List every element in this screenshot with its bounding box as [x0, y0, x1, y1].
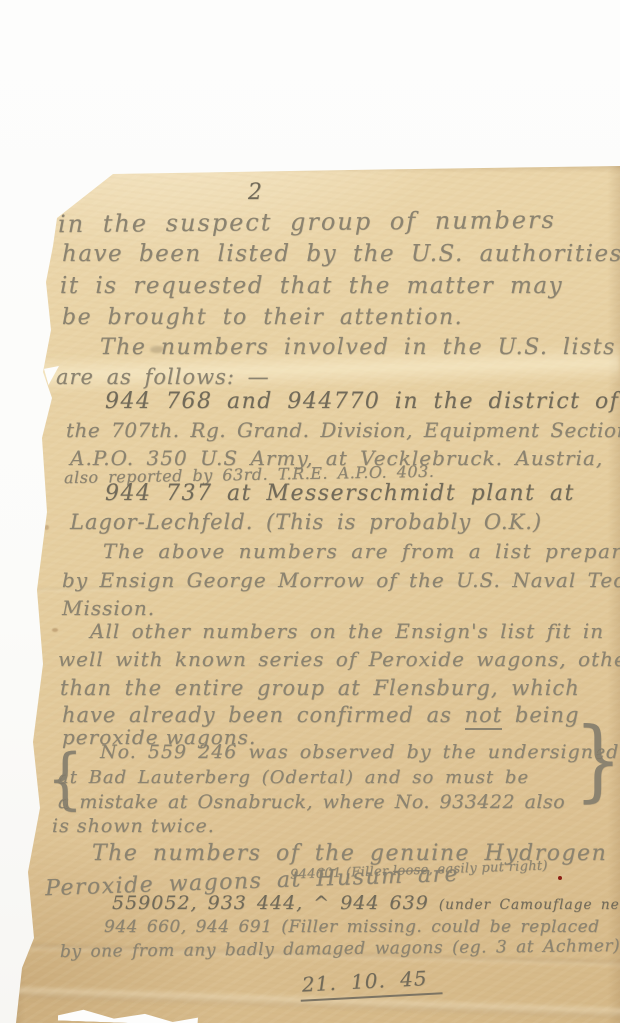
handwritten-text: have already been confirmed as: [62, 703, 465, 727]
corner-fold-crease: [53, 125, 113, 173]
handwritten-line: it is requested that the matter may: [60, 274, 563, 298]
handwritten-text: , easily put right): [428, 859, 548, 878]
handwritten-line: by one from any badly damaged wagons (eg…: [60, 938, 620, 962]
handwritten-line: by Ensign George Morrow of the U.S. Nava…: [62, 570, 620, 591]
handwritten-line: at Bad Lauterberg (Odertal) and so must …: [58, 769, 529, 788]
underlined-word-not: not: [465, 703, 503, 730]
handwritten-line: All other numbers on the Ensign's list f…: [90, 621, 604, 642]
handwritten-line: the 707th. Rg. Grand. Division, Equipmen…: [66, 420, 620, 441]
red-stain-dot: [558, 876, 562, 880]
handwritten-line: 944 737 at Messerschmidt plant at: [105, 482, 575, 505]
handwritten-line: have been listed by the U.S. authorities…: [62, 242, 620, 266]
handwritten-line: are as follows: —: [56, 366, 270, 388]
handwritten-line: well with known series of Peroxide wagon…: [58, 649, 620, 670]
date: 21. 10. 45: [299, 967, 442, 1001]
handwritten-line: 944 660, 944 691 (Filler missing. could …: [104, 919, 600, 937]
handwritten-line: No. 559 246 was observed by the undersig…: [100, 743, 619, 763]
left-edge-shadow: [0, 150, 30, 1023]
struck-word: loose: [393, 863, 429, 879]
handwritten-line: The numbers involved in the U.S. lists: [100, 336, 616, 359]
handwritten-line: Mission.: [62, 598, 155, 619]
page-number: 2: [248, 181, 263, 204]
stain-speck: [44, 525, 49, 530]
handwritten-line: The above numbers are from a list prepar…: [103, 541, 620, 562]
handwritten-text: 559052, 933 444, ^ 944 639: [112, 892, 439, 914]
camouflage-annotation: (under Camouflage net): [439, 897, 620, 913]
handwritten-line-husum-numbers: 559052, 933 444, ^ 944 639 (under Camouf…: [112, 894, 620, 914]
handwritten-line: Lagor-Lechfeld. (This is probably O.K.): [70, 511, 542, 533]
handwritten-line: 944 768 and 944770 in the district of: [105, 390, 619, 413]
handwritten-line: a mistake at Osnabruck, where No. 933422…: [58, 793, 565, 813]
handwritten-line: is shown twice.: [52, 817, 215, 837]
handwritten-line: than the entire group at Flensburg, whic…: [60, 677, 580, 699]
handwritten-text: being: [502, 703, 579, 727]
handwritten-line: in the suspect group of numbers: [58, 208, 556, 238]
stain-speck: [52, 628, 58, 632]
stain-speck: [150, 346, 164, 353]
handwritten-line-confirmed: have already been confirmed as not being: [62, 704, 579, 726]
paper-sheet: 2 in the suspect group of numbers have b…: [0, 0, 620, 1023]
top-edge-shadow: [40, 164, 620, 174]
handwritten-line: be brought to their attention.: [62, 306, 463, 329]
scanned-page-photo: 2 in the suspect group of numbers have b…: [0, 0, 620, 1023]
